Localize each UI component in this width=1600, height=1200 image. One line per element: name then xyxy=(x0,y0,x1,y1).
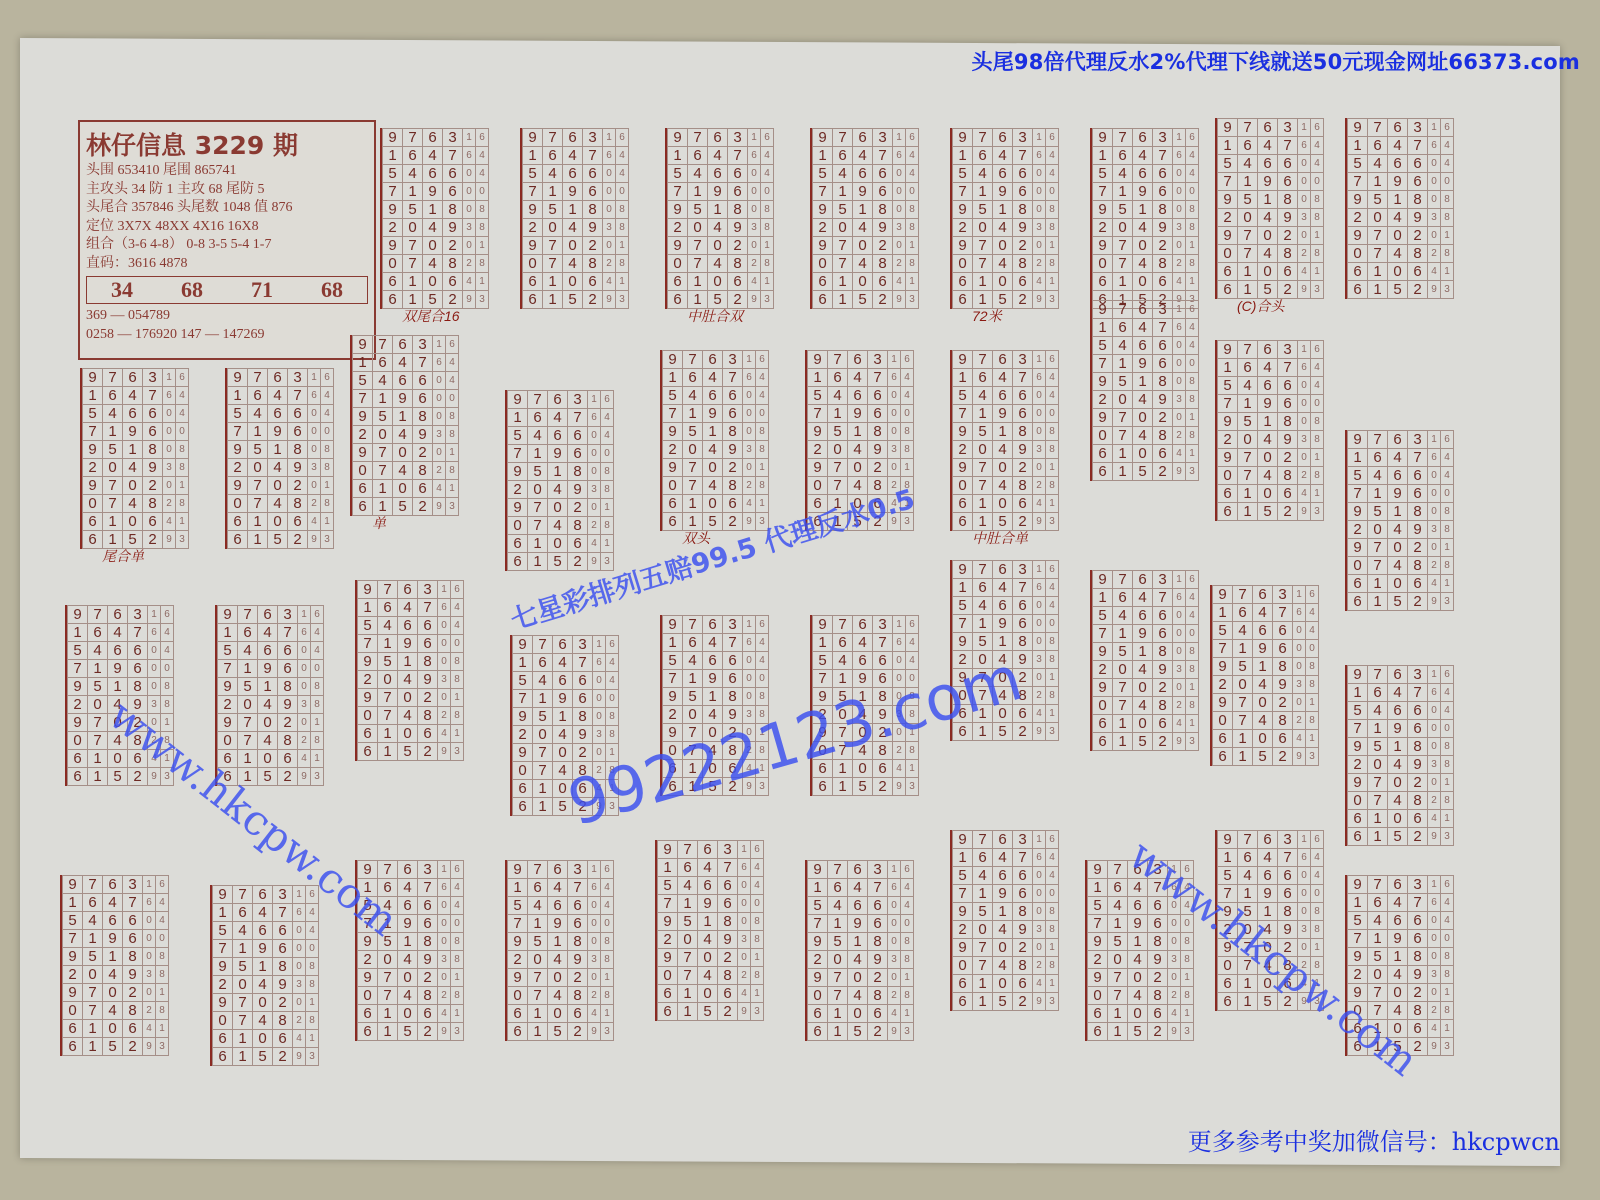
grid-cell: 0 xyxy=(398,725,418,743)
grid-cell: 7 xyxy=(233,886,253,904)
grid-row: 610641 xyxy=(1218,485,1324,503)
grid-cell: 0 xyxy=(1388,227,1408,245)
grid-row: 204938 xyxy=(1348,521,1454,539)
grid-cell: 8 xyxy=(1273,658,1293,676)
grid-cell: 2 xyxy=(273,994,293,1012)
grid-cell: 2 xyxy=(443,237,463,255)
grid-cell: 5 xyxy=(68,642,88,660)
grid-cell: 7 xyxy=(238,732,258,750)
grid-cell: 3 xyxy=(1033,441,1046,459)
grid-cell: 6 xyxy=(413,480,433,498)
grid-cell: 2 xyxy=(953,921,973,939)
grid-row: 074828 xyxy=(658,967,764,985)
grid-cell: 6 xyxy=(1298,849,1311,867)
grid-row: 204938 xyxy=(1093,219,1199,237)
grid-cell: 1 xyxy=(588,861,601,879)
number-grid-panel: 9763161647645466047196009518082049389702… xyxy=(805,860,914,1041)
grid-cell: 9 xyxy=(443,219,463,237)
grid-cell: 3 xyxy=(433,426,446,444)
grid-cell: 6 xyxy=(601,861,614,879)
grid-cell: 4 xyxy=(683,652,703,670)
grid-cell: 3 xyxy=(451,1023,464,1041)
grid-row: 546604 xyxy=(63,912,169,930)
grid-cell: 9 xyxy=(808,423,828,441)
grid-cell: 4 xyxy=(1441,467,1454,485)
grid-cell: 0 xyxy=(1428,774,1441,792)
grid-cell: 1 xyxy=(1218,137,1238,155)
grid-cell: 2 xyxy=(663,441,683,459)
grid-cell: 1 xyxy=(88,660,108,678)
grid-cell: 2 xyxy=(888,987,901,1005)
grid-cell: 0 xyxy=(1441,930,1454,948)
grid-row: 546604 xyxy=(68,642,174,660)
grid-row: 615293 xyxy=(1348,281,1454,299)
grid-row: 074828 xyxy=(358,987,464,1005)
grid-cell: 1 xyxy=(688,183,708,201)
grid-cell: 7 xyxy=(528,517,548,535)
grid-row: 719600 xyxy=(218,660,324,678)
grid-cell: 6 xyxy=(683,369,703,387)
grid-row: 719600 xyxy=(508,915,614,933)
grid-cell: 9 xyxy=(953,561,973,579)
grid-row: 976316 xyxy=(383,129,489,147)
grid-cell: 4 xyxy=(901,387,914,405)
grid-cell: 4 xyxy=(848,441,868,459)
grid-cell: 3 xyxy=(1428,521,1441,539)
grid-cell: 9 xyxy=(738,1003,751,1021)
grid-cell: 8 xyxy=(718,967,738,985)
grid-row: 204938 xyxy=(213,976,319,994)
grid-cell: 4 xyxy=(906,165,919,183)
grid-cell: 6 xyxy=(1388,666,1408,684)
grid-cell: 3 xyxy=(1311,503,1324,521)
grid-row: 164764 xyxy=(218,624,324,642)
grid-cell: 1 xyxy=(446,480,459,498)
grid-cell: 9 xyxy=(1153,661,1173,679)
grid-cell: 0 xyxy=(1293,694,1306,712)
grid-cell: 0 xyxy=(298,678,311,696)
grid-row: 719600 xyxy=(953,615,1059,633)
grid-cell: 0 xyxy=(973,921,993,939)
grid-cell: 0 xyxy=(616,183,629,201)
grid-cell: 0 xyxy=(588,969,601,987)
grid-row: 976316 xyxy=(663,616,769,634)
grid-cell: 1 xyxy=(1428,431,1441,449)
grid-cell: 6 xyxy=(451,861,464,879)
grid-row: 610641 xyxy=(1093,715,1199,733)
grid-row: 615293 xyxy=(353,498,459,516)
grid-row: 951808 xyxy=(228,441,334,459)
big-numbers: 34 68 71 68 xyxy=(86,276,368,304)
grid-cell: 9 xyxy=(658,841,678,859)
grid-cell: 1 xyxy=(1298,341,1311,359)
grid-cell: 7 xyxy=(528,861,548,879)
grid-cell: 7 xyxy=(403,255,423,273)
grid-cell: 6 xyxy=(443,273,463,291)
grid-row: 610641 xyxy=(353,480,459,498)
number-grid-panel: 9763161647645466047196009518082049389702… xyxy=(655,840,764,1021)
grid-cell: 7 xyxy=(833,237,853,255)
grid-cell: 0 xyxy=(1173,183,1186,201)
grid-row: 719600 xyxy=(68,660,174,678)
grid-cell: 4 xyxy=(678,877,698,895)
grid-cell: 2 xyxy=(1273,748,1293,766)
grid-cell: 4 xyxy=(1233,622,1253,640)
grid-cell: 9 xyxy=(953,129,973,147)
grid-cell: 1 xyxy=(268,441,288,459)
grid-cell: 0 xyxy=(683,441,703,459)
grid-cell: 1 xyxy=(213,904,233,922)
grid-row: 610641 xyxy=(1093,445,1199,463)
grid-cell: 8 xyxy=(756,441,769,459)
grid-row: 970201 xyxy=(63,984,169,1002)
grid-cell: 2 xyxy=(1173,255,1186,273)
grid-cell: 4 xyxy=(476,165,489,183)
grid-cell: 7 xyxy=(373,336,393,354)
grid-cell: 4 xyxy=(451,879,464,897)
grid-cell: 6 xyxy=(993,561,1013,579)
grid-row: 074828 xyxy=(228,495,334,513)
grid-cell: 9 xyxy=(808,459,828,477)
grid-row: 976316 xyxy=(1218,831,1324,849)
grid-cell: 6 xyxy=(723,387,743,405)
grid-cell: 6 xyxy=(1293,604,1306,622)
grid-cell: 1 xyxy=(751,985,764,1003)
grid-cell: 7 xyxy=(1113,427,1133,445)
grid-cell: 8 xyxy=(601,987,614,1005)
grid-cell: 4 xyxy=(393,426,413,444)
grid-cell: 8 xyxy=(901,441,914,459)
grid-cell: 7 xyxy=(443,147,463,165)
grid-cell: 6 xyxy=(953,975,973,993)
grid-cell: 6 xyxy=(1113,147,1133,165)
grid-cell: 1 xyxy=(1441,774,1454,792)
grid-cell: 6 xyxy=(1088,1005,1108,1023)
grid-cell: 4 xyxy=(973,597,993,615)
grid-row: 719600 xyxy=(1088,915,1194,933)
grid-cell: 3 xyxy=(1013,831,1033,849)
grid-cell: 2 xyxy=(433,462,446,480)
grid-cell: 1 xyxy=(901,969,914,987)
grid-cell: 1 xyxy=(953,579,973,597)
grid-cell: 8 xyxy=(156,966,169,984)
grid-cell: 6 xyxy=(358,1005,378,1023)
number-grid: 9763161647645466047196009518082049389702… xyxy=(352,335,459,516)
grid-cell: 1 xyxy=(1238,173,1258,191)
grid-cell: 1 xyxy=(543,183,563,201)
grid-cell: 0 xyxy=(403,219,423,237)
grid-cell: 9 xyxy=(228,477,248,495)
grid-row: 164764 xyxy=(663,634,769,652)
grid-cell: 4 xyxy=(438,1005,451,1023)
grid-cell: 3 xyxy=(1033,651,1046,669)
number-grid: 9763161647645466047196009518082049389702… xyxy=(1347,665,1454,846)
grid-cell: 3 xyxy=(888,441,901,459)
grid-cell: 1 xyxy=(1306,694,1319,712)
grid-row: 719600 xyxy=(1348,930,1454,948)
grid-cell: 3 xyxy=(906,778,919,796)
grid-cell: 1 xyxy=(1293,586,1306,604)
grid-cell: 2 xyxy=(123,1038,143,1056)
grid-cell: 0 xyxy=(438,653,451,671)
grid-cell: 8 xyxy=(1441,191,1454,209)
grid-cell: 0 xyxy=(423,273,443,291)
grid-cell: 3 xyxy=(1408,666,1428,684)
grid-cell: 9 xyxy=(663,351,683,369)
grid-cell: 5 xyxy=(1113,373,1133,391)
grid-cell: 1 xyxy=(973,405,993,423)
grid-cell: 8 xyxy=(728,201,748,219)
grid-cell: 0 xyxy=(588,427,601,445)
grid-cell: 0 xyxy=(601,915,614,933)
grid-cell: 1 xyxy=(218,624,238,642)
grid-cell: 4 xyxy=(1441,137,1454,155)
grid-cell: 1 xyxy=(308,369,321,387)
grid-cell: 8 xyxy=(413,462,433,480)
grid-cell: 9 xyxy=(1218,413,1238,431)
grid-cell: 2 xyxy=(1013,723,1033,741)
grid-cell: 9 xyxy=(108,660,128,678)
grid-row: 615293 xyxy=(1093,733,1199,751)
grid-cell: 4 xyxy=(176,405,189,423)
grid-cell: 0 xyxy=(1033,939,1046,957)
grid-cell: 0 xyxy=(1388,984,1408,1002)
grid-row: 719600 xyxy=(1093,183,1199,201)
grid-cell: 6 xyxy=(813,291,833,309)
grid-cell: 4 xyxy=(398,879,418,897)
grid-cell: 6 xyxy=(451,581,464,599)
grid-cell: 5 xyxy=(808,387,828,405)
grid-cell: 6 xyxy=(1153,445,1173,463)
grid-cell: 3 xyxy=(1046,993,1059,1011)
grid-cell: 6 xyxy=(398,581,418,599)
grid-cell: 8 xyxy=(446,462,459,480)
grid-cell: 1 xyxy=(1233,640,1253,658)
grid-row: 719600 xyxy=(1348,485,1454,503)
grid-cell: 6 xyxy=(906,129,919,147)
grid-cell: 1 xyxy=(373,390,393,408)
grid-cell: 0 xyxy=(593,672,606,690)
grid-cell: 6 xyxy=(1093,715,1113,733)
grid-row: 615293 xyxy=(1218,503,1324,521)
grid-cell: 0 xyxy=(238,696,258,714)
grid-cell: 0 xyxy=(748,201,761,219)
grid-row: 204938 xyxy=(508,481,614,499)
grid-cell: 4 xyxy=(103,894,123,912)
grid-cell: 2 xyxy=(603,255,616,273)
grid-cell: 5 xyxy=(238,678,258,696)
grid-cell: 8 xyxy=(418,987,438,1005)
number-grid-panel: 9763161647645466047196009518082049389702… xyxy=(1210,585,1319,766)
grid-cell: 6 xyxy=(953,993,973,1011)
grid-row: 719600 xyxy=(383,183,489,201)
grid-cell: 7 xyxy=(1213,640,1233,658)
grid-cell: 2 xyxy=(728,237,748,255)
grid-cell: 6 xyxy=(393,336,413,354)
grid-cell: 4 xyxy=(853,147,873,165)
grid-cell: 9 xyxy=(808,351,828,369)
grid-cell: 9 xyxy=(893,778,906,796)
grid-cell: 5 xyxy=(533,708,553,726)
grid-cell: 0 xyxy=(993,459,1013,477)
grid-cell: 8 xyxy=(321,459,334,477)
grid-cell: 3 xyxy=(603,219,616,237)
grid-cell: 6 xyxy=(103,912,123,930)
grid-cell: 3 xyxy=(1311,281,1324,299)
grid-cell: 5 xyxy=(528,463,548,481)
grid-cell: 4 xyxy=(378,617,398,635)
grid-cell: 9 xyxy=(163,531,176,549)
number-grid-panel: 9763161647645466047196009518082049389702… xyxy=(520,128,629,309)
grid-row: 976316 xyxy=(1348,876,1454,894)
grid-cell: 8 xyxy=(1186,427,1199,445)
grid-cell: 5 xyxy=(373,408,393,426)
grid-cell: 4 xyxy=(438,725,451,743)
grid-cell: 5 xyxy=(258,768,278,786)
grid-row: 164764 xyxy=(1348,449,1454,467)
grid-cell: 8 xyxy=(616,219,629,237)
grid-cell: 6 xyxy=(238,624,258,642)
grid-cell: 4 xyxy=(1388,449,1408,467)
grid-cell: 7 xyxy=(1233,586,1253,604)
grid-row: 074828 xyxy=(1348,792,1454,810)
grid-row: 970201 xyxy=(953,459,1059,477)
grid-cell: 9 xyxy=(1428,593,1441,611)
grid-cell: 0 xyxy=(1088,987,1108,1005)
grid-cell: 2 xyxy=(508,481,528,499)
grid-cell: 6 xyxy=(1013,165,1033,183)
grid-cell: 3 xyxy=(1278,341,1298,359)
grid-cell: 8 xyxy=(606,708,619,726)
grid-cell: 4 xyxy=(973,165,993,183)
grid-cell: 2 xyxy=(1428,792,1441,810)
grid-cell: 1 xyxy=(1311,227,1324,245)
grid-cell: 1 xyxy=(1441,810,1454,828)
grid-cell: 9 xyxy=(1348,774,1368,792)
grid-cell: 1 xyxy=(1368,281,1388,299)
grid-cell: 6 xyxy=(1273,622,1293,640)
grid-cell: 0 xyxy=(1173,643,1186,661)
grid-cell: 0 xyxy=(888,969,901,987)
grid-cell: 7 xyxy=(683,351,703,369)
grid-cell: 3 xyxy=(418,861,438,879)
grid-cell: 6 xyxy=(953,291,973,309)
grid-cell: 0 xyxy=(906,183,919,201)
grid-cell: 7 xyxy=(403,237,423,255)
grid-cell: 0 xyxy=(1173,607,1186,625)
grid-row: 610641 xyxy=(358,725,464,743)
grid-cell: 2 xyxy=(1013,993,1033,1011)
grid-row: 610641 xyxy=(658,985,764,1003)
grid-cell: 9 xyxy=(68,678,88,696)
grid-cell: 5 xyxy=(853,291,873,309)
grid-cell: 0 xyxy=(848,969,868,987)
grid-cell: 0 xyxy=(743,423,756,441)
info-line: 直码：3616 4878 xyxy=(86,255,368,274)
grid-cell: 4 xyxy=(446,354,459,372)
grid-cell: 0 xyxy=(533,726,553,744)
grid-cell: 2 xyxy=(1298,245,1311,263)
grid-cell: 8 xyxy=(476,219,489,237)
grid-cell: 0 xyxy=(743,387,756,405)
grid-cell: 9 xyxy=(358,653,378,671)
grid-cell: 0 xyxy=(528,951,548,969)
grid-cell: 0 xyxy=(1046,183,1059,201)
grid-cell: 6 xyxy=(761,129,774,147)
grid-cell: 4 xyxy=(1046,147,1059,165)
grid-cell: 0 xyxy=(83,966,103,984)
grid-cell: 3 xyxy=(583,129,603,147)
grid-cell: 3 xyxy=(1441,593,1454,611)
grid-cell: 3 xyxy=(413,336,433,354)
grid-cell: 7 xyxy=(373,444,393,462)
grid-cell: 2 xyxy=(1153,409,1173,427)
grid-cell: 6 xyxy=(573,690,593,708)
grid-cell: 2 xyxy=(463,255,476,273)
grid-cell: 7 xyxy=(683,477,703,495)
grid-cell: 0 xyxy=(68,732,88,750)
grid-cell: 0 xyxy=(1168,933,1181,951)
grid-cell: 6 xyxy=(756,616,769,634)
grid-cell: 4 xyxy=(123,459,143,477)
grid-cell: 0 xyxy=(601,445,614,463)
grid-row: 970201 xyxy=(953,237,1059,255)
grid-cell: 6 xyxy=(748,147,761,165)
grid-cell: 6 xyxy=(268,369,288,387)
grid-cell: 7 xyxy=(1278,849,1298,867)
grid-cell: 0 xyxy=(268,477,288,495)
grid-row: 164764 xyxy=(1218,849,1324,867)
grid-cell: 4 xyxy=(423,255,443,273)
grid-cell: 3 xyxy=(1153,129,1173,147)
grid-cell: 2 xyxy=(353,426,373,444)
grid-cell: 6 xyxy=(298,624,311,642)
grid-cell: 4 xyxy=(1306,622,1319,640)
grid-cell: 6 xyxy=(353,480,373,498)
grid-cell: 0 xyxy=(451,915,464,933)
grid-cell: 4 xyxy=(528,897,548,915)
grid-cell: 0 xyxy=(1428,738,1441,756)
grid-cell: 6 xyxy=(63,1020,83,1038)
grid-cell: 2 xyxy=(1093,391,1113,409)
grid-cell: 0 xyxy=(148,660,161,678)
grid-cell: 1 xyxy=(248,531,268,549)
grid-cell: 8 xyxy=(573,708,593,726)
grid-cell: 4 xyxy=(1113,337,1133,355)
grid-cell: 3 xyxy=(1273,586,1293,604)
grid-cell: 9 xyxy=(68,606,88,624)
grid-cell: 7 xyxy=(358,635,378,653)
grid-row: 074828 xyxy=(508,517,614,535)
grid-row: 719600 xyxy=(353,390,459,408)
grid-cell: 7 xyxy=(1088,915,1108,933)
grid-cell: 6 xyxy=(228,531,248,549)
grid-cell: 6 xyxy=(1311,341,1324,359)
grid-row: 970201 xyxy=(1348,774,1454,792)
grid-cell: 4 xyxy=(756,652,769,670)
grid-cell: 3 xyxy=(306,1048,319,1066)
grid-row: 719600 xyxy=(1093,625,1199,643)
grid-cell: 0 xyxy=(1348,557,1368,575)
grid-cell: 4 xyxy=(901,897,914,915)
grid-cell: 6 xyxy=(553,636,573,654)
number-grid-panel: 9763161647645466047196009518082049389702… xyxy=(1090,128,1199,309)
grid-cell: 1 xyxy=(593,636,606,654)
grid-cell: 3 xyxy=(723,616,743,634)
grid-cell: 1 xyxy=(1113,625,1133,643)
grid-cell: 4 xyxy=(373,372,393,390)
grid-cell: 6 xyxy=(1258,341,1278,359)
